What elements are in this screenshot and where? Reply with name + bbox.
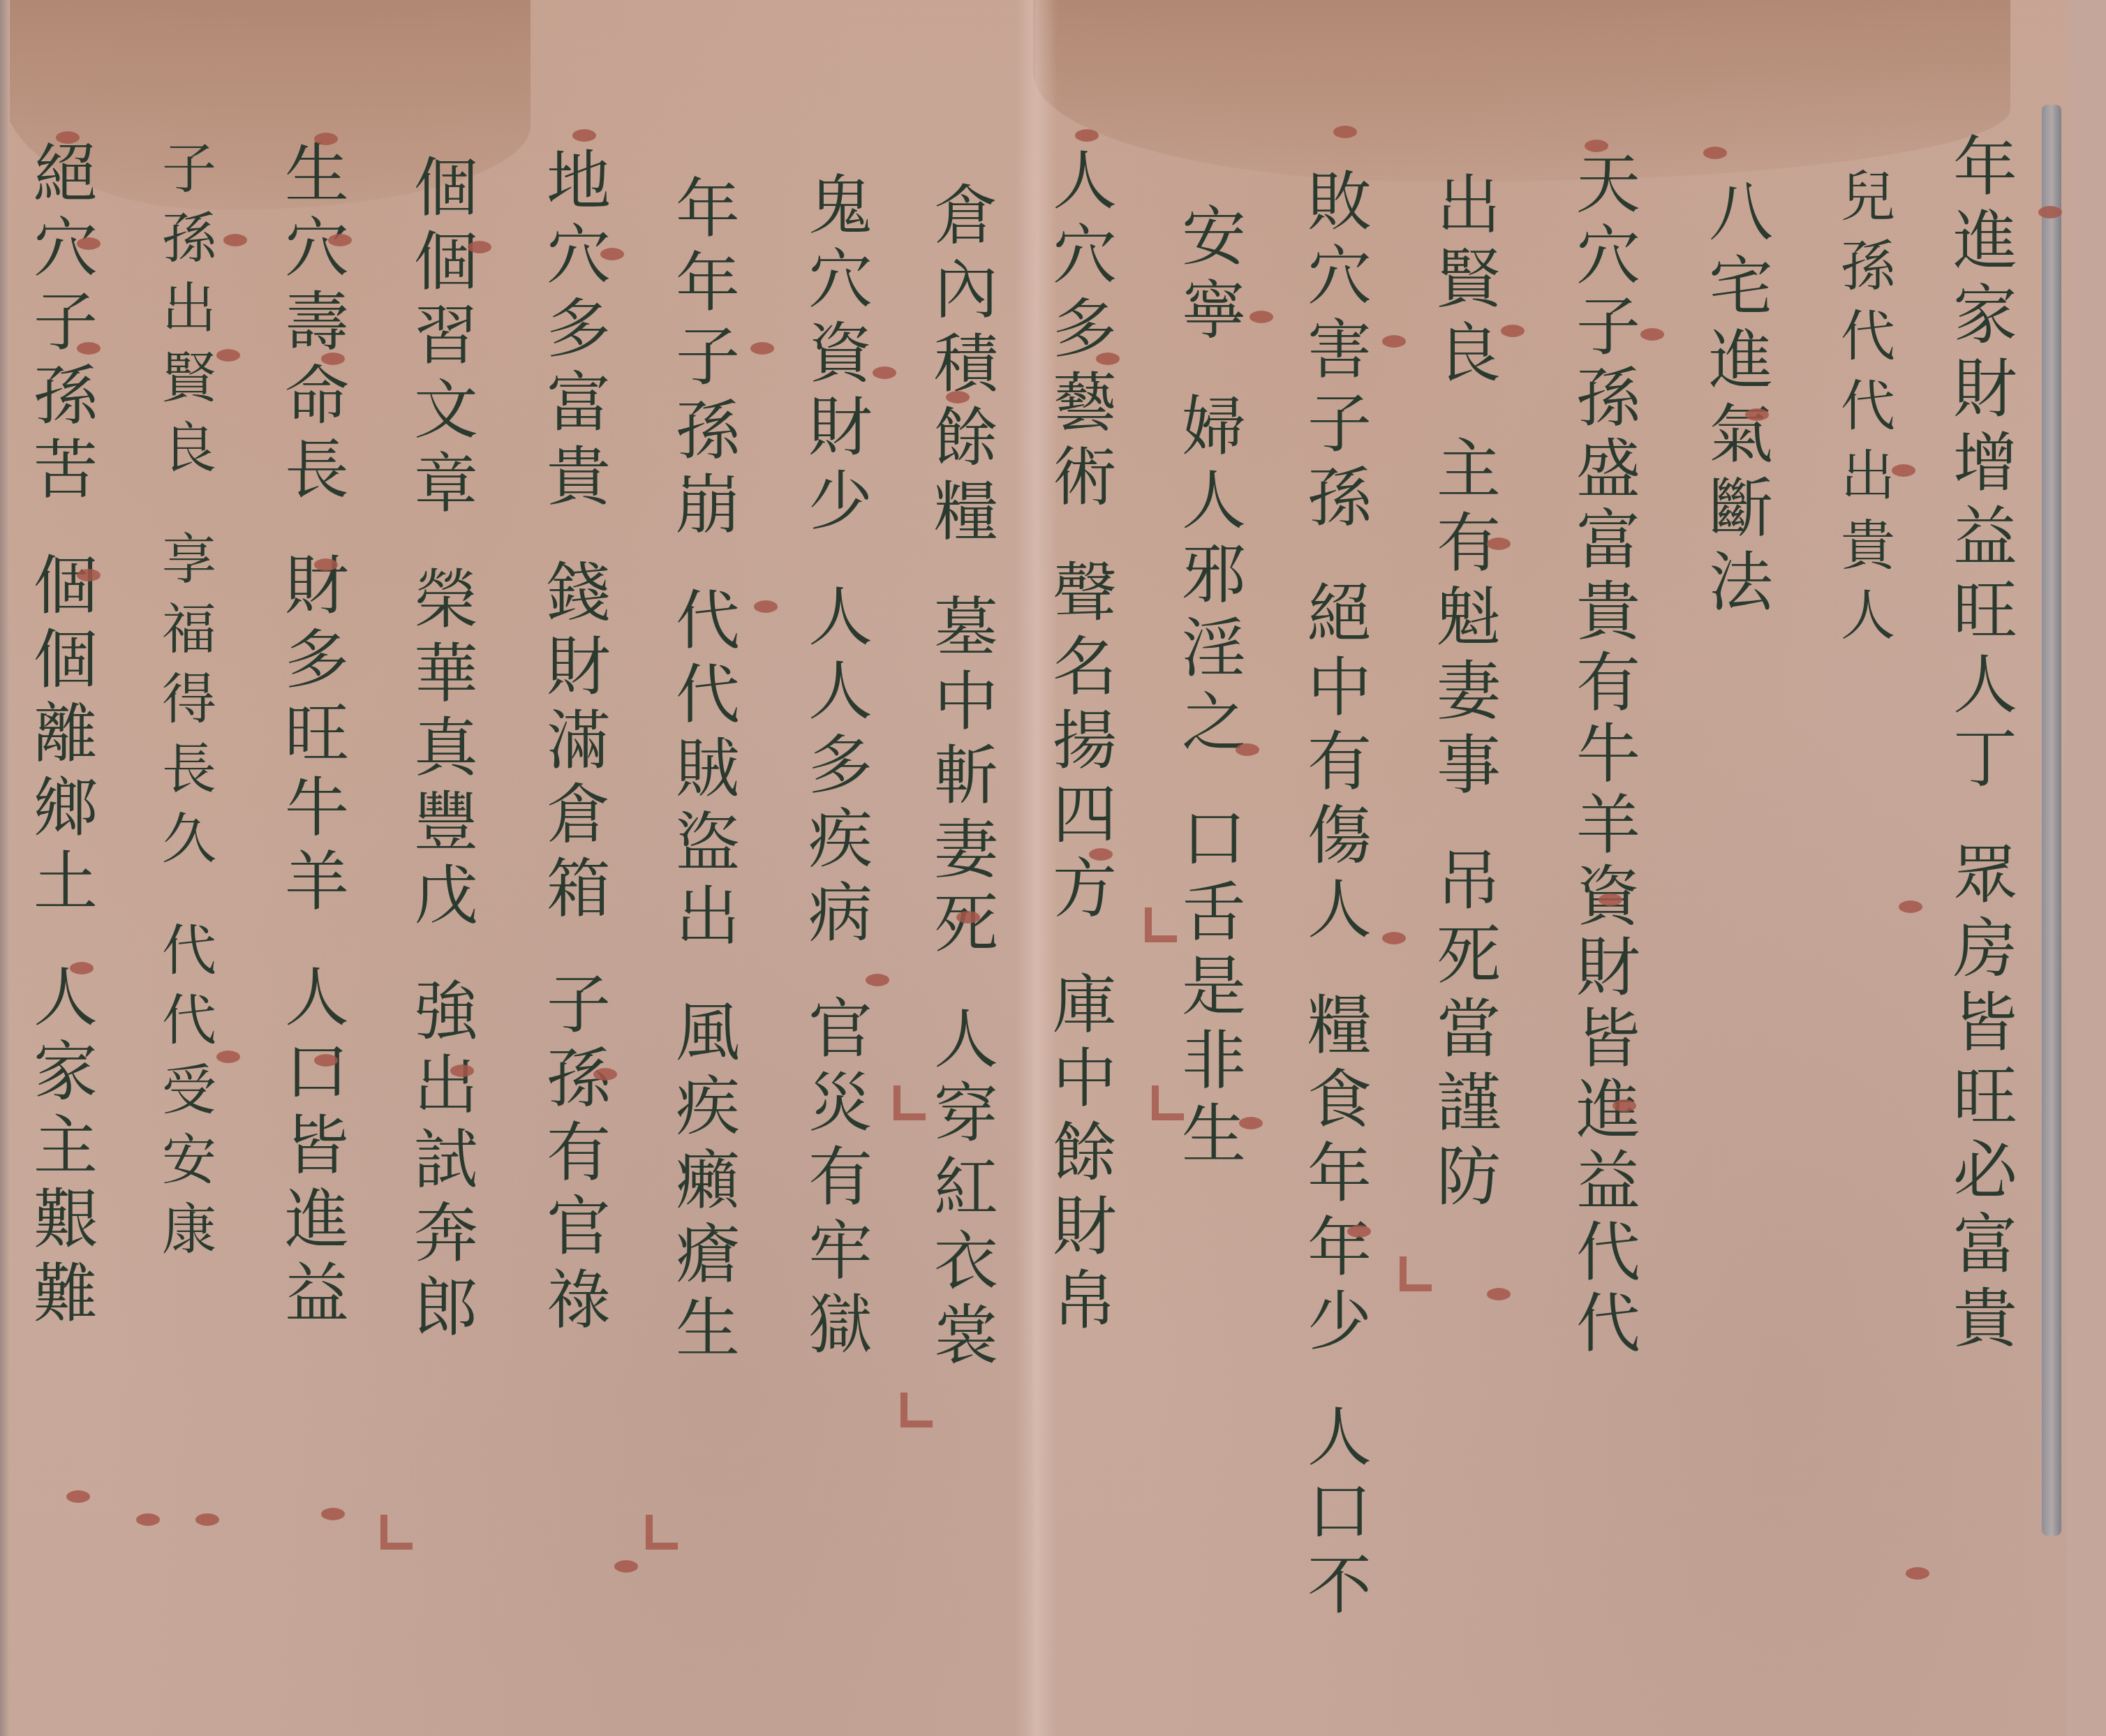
punctuation-mark	[136, 1513, 160, 1526]
text-column: 倉內積餘糧墓中斬妻死人穿紅衣裳	[928, 181, 993, 1375]
section-bracket-mark	[1152, 1085, 1184, 1120]
text-column: 天穴子孫盛富貴有牛羊資財皆進益代代	[1571, 150, 1635, 1360]
column-text: 個個習文章	[408, 154, 473, 524]
column-text: 墓中斬妻死	[928, 593, 993, 963]
column-text: 聲名揚四方	[1047, 558, 1111, 928]
punctuation-mark	[77, 342, 101, 355]
text-column: 兒孫代代出貴人	[1836, 168, 1890, 656]
column-text: 天穴子孫盛富貴有牛羊資財皆進益代代	[1571, 150, 1635, 1360]
punctuation-mark	[866, 974, 889, 986]
column-text: 人家主艱難	[28, 963, 92, 1333]
punctuation-mark	[750, 342, 774, 355]
page-edge	[2042, 105, 2061, 1536]
punctuation-mark	[1906, 1567, 1929, 1580]
text-column: 子孫出賢良享福得長久代代受安康	[157, 140, 212, 1270]
section-bracket-mark	[893, 1085, 926, 1120]
text-column: 年進家財增益旺人丁眾房皆旺必富貴	[1948, 133, 2012, 1358]
punctuation-mark	[1236, 743, 1259, 756]
punctuation-mark	[1089, 848, 1113, 861]
punctuation-mark	[1745, 408, 1769, 421]
text-column: 生穴壽命長財多旺牛羊人口皆進益	[279, 140, 343, 1333]
punctuation-mark	[66, 1490, 90, 1503]
punctuation-mark	[314, 558, 338, 571]
section-bracket-mark	[380, 1515, 413, 1550]
column-text: 口舌是非生	[1176, 804, 1240, 1174]
punctuation-mark	[1599, 893, 1622, 906]
punctuation-mark	[314, 133, 338, 145]
column-text: 榮華真豐戊	[408, 565, 473, 935]
punctuation-mark	[754, 600, 778, 613]
text-column: 安寧婦人邪淫之口舌是非生	[1176, 202, 1240, 1174]
section-bracket-mark	[1400, 1256, 1432, 1291]
column-text: 人穴多藝術	[1047, 147, 1111, 517]
column-text: 個個離鄉土	[28, 551, 92, 921]
text-column: 鬼穴資財少人人多疾病官災有牢獄	[803, 171, 867, 1365]
column-text: 糧食年年少	[1302, 991, 1366, 1361]
punctuation-mark	[77, 569, 101, 581]
punctuation-mark	[216, 349, 240, 362]
column-text: 強出試奔郎	[408, 977, 473, 1347]
column-text: 婦人邪淫之	[1176, 392, 1240, 762]
water-stain	[1033, 0, 2010, 181]
column-text: 絕穴子孫苦	[28, 140, 92, 510]
punctuation-mark	[873, 366, 896, 379]
punctuation-mark	[1239, 1117, 1263, 1129]
left-margin-edge	[0, 0, 10, 1736]
column-text: 生穴壽命長	[279, 140, 343, 510]
punctuation-mark	[1640, 328, 1664, 341]
column-text: 絕中有傷人	[1302, 579, 1366, 949]
text-column: 人穴多藝術聲名揚四方庫中餘財帛	[1047, 147, 1111, 1340]
punctuation-mark	[1347, 1225, 1371, 1238]
section-bracket-mark	[900, 1393, 933, 1427]
text-column: 絕穴子孫苦個個離鄉土人家主艱難	[28, 140, 92, 1333]
punctuation-mark	[946, 391, 970, 403]
column-text: 年進家財增益旺人丁	[1948, 133, 2012, 799]
column-text: 官災有牢獄	[803, 995, 867, 1365]
punctuation-mark	[593, 1068, 617, 1081]
punctuation-mark	[1382, 932, 1406, 944]
column-text: 人人多疾病	[803, 583, 867, 953]
punctuation-mark	[450, 1064, 474, 1077]
column-text: 吊死當謹防	[1431, 847, 1495, 1217]
outer-margin	[2066, 0, 2106, 1736]
column-text: 人穿紅衣裳	[928, 1005, 993, 1375]
text-column: 敗穴害子孫絕中有傷人糧食年年少人口不	[1302, 168, 1366, 1625]
text-column: 出賢良主有魁妻事吊死當謹防	[1431, 171, 1495, 1217]
heading-text: 八宅進氣斷法	[1703, 178, 1767, 622]
column-text: 財多旺牛羊	[279, 551, 343, 921]
text-column: 地穴多富貴錢財滿倉箱子孫有官祿	[541, 147, 605, 1340]
column-text: 人口不	[1302, 1403, 1366, 1625]
column-text: 錢財滿倉箱	[541, 558, 605, 928]
punctuation-mark	[321, 1508, 345, 1520]
column-text: 子孫出賢良	[157, 140, 212, 489]
punctuation-mark	[1075, 129, 1099, 142]
column-text: 享福得長久	[157, 531, 212, 880]
punctuation-mark	[1501, 325, 1525, 337]
punctuation-mark	[956, 911, 980, 923]
text-column: 個個習文章榮華真豐戊強出試奔郎	[408, 154, 473, 1347]
manuscript-spread: 年進家財增益旺人丁眾房皆旺必富貴 兒孫代代出貴人 八宅進氣斷法 天穴子孫盛富貴有…	[0, 0, 2106, 1736]
punctuation-mark	[77, 237, 101, 250]
punctuation-mark	[572, 129, 596, 142]
column-text: 代代賊盜出	[670, 586, 734, 956]
punctuation-mark	[1899, 900, 1922, 913]
punctuation-mark	[1585, 140, 1608, 152]
text-column: 年年子孫崩代代賊盜出風疾癩瘡生	[670, 175, 734, 1368]
punctuation-mark	[614, 1560, 638, 1573]
column-text: 年年子孫崩	[670, 175, 734, 544]
punctuation-mark	[1487, 537, 1511, 550]
punctuation-mark	[328, 234, 352, 246]
column-text: 出賢良	[1431, 171, 1495, 393]
column-text: 代代受安康	[157, 921, 212, 1270]
column-text: 庫中餘財帛	[1047, 970, 1111, 1340]
punctuation-mark	[216, 1051, 240, 1063]
punctuation-mark	[56, 131, 80, 144]
punctuation-mark	[1892, 464, 1915, 477]
column-text: 鬼穴資財少	[803, 171, 867, 541]
punctuation-mark	[314, 1054, 338, 1067]
punctuation-mark	[1612, 1099, 1636, 1112]
punctuation-mark	[70, 962, 94, 974]
section-bracket-mark	[646, 1515, 678, 1550]
column-text: 地穴多富貴	[541, 147, 605, 517]
punctuation-mark	[2038, 206, 2062, 218]
column-text: 風疾癩瘡生	[670, 998, 734, 1368]
column-text: 敗穴害子孫	[1302, 168, 1366, 537]
punctuation-mark	[1333, 126, 1357, 138]
section-heading: 八宅進氣斷法	[1703, 178, 1767, 622]
punctuation-mark	[468, 241, 491, 253]
column-text: 眾房皆旺必富貴	[1948, 840, 2012, 1358]
column-text: 子孫有官祿	[541, 970, 605, 1340]
punctuation-mark	[1487, 1288, 1511, 1300]
column-text: 安寧	[1176, 202, 1240, 350]
column-text: 倉內積餘糧	[928, 181, 993, 551]
column-text: 兒孫代代出貴人	[1836, 168, 1890, 656]
punctuation-mark	[223, 234, 247, 246]
punctuation-mark	[1249, 311, 1273, 323]
punctuation-mark	[600, 248, 624, 260]
punctuation-mark	[1703, 147, 1727, 159]
section-bracket-mark	[1145, 907, 1177, 942]
punctuation-mark	[1382, 335, 1406, 348]
column-text: 人口皆進益	[279, 963, 343, 1333]
punctuation-mark	[1096, 353, 1120, 365]
punctuation-mark	[321, 353, 345, 365]
column-text: 主有魁妻事	[1431, 435, 1495, 805]
punctuation-mark	[195, 1513, 219, 1526]
